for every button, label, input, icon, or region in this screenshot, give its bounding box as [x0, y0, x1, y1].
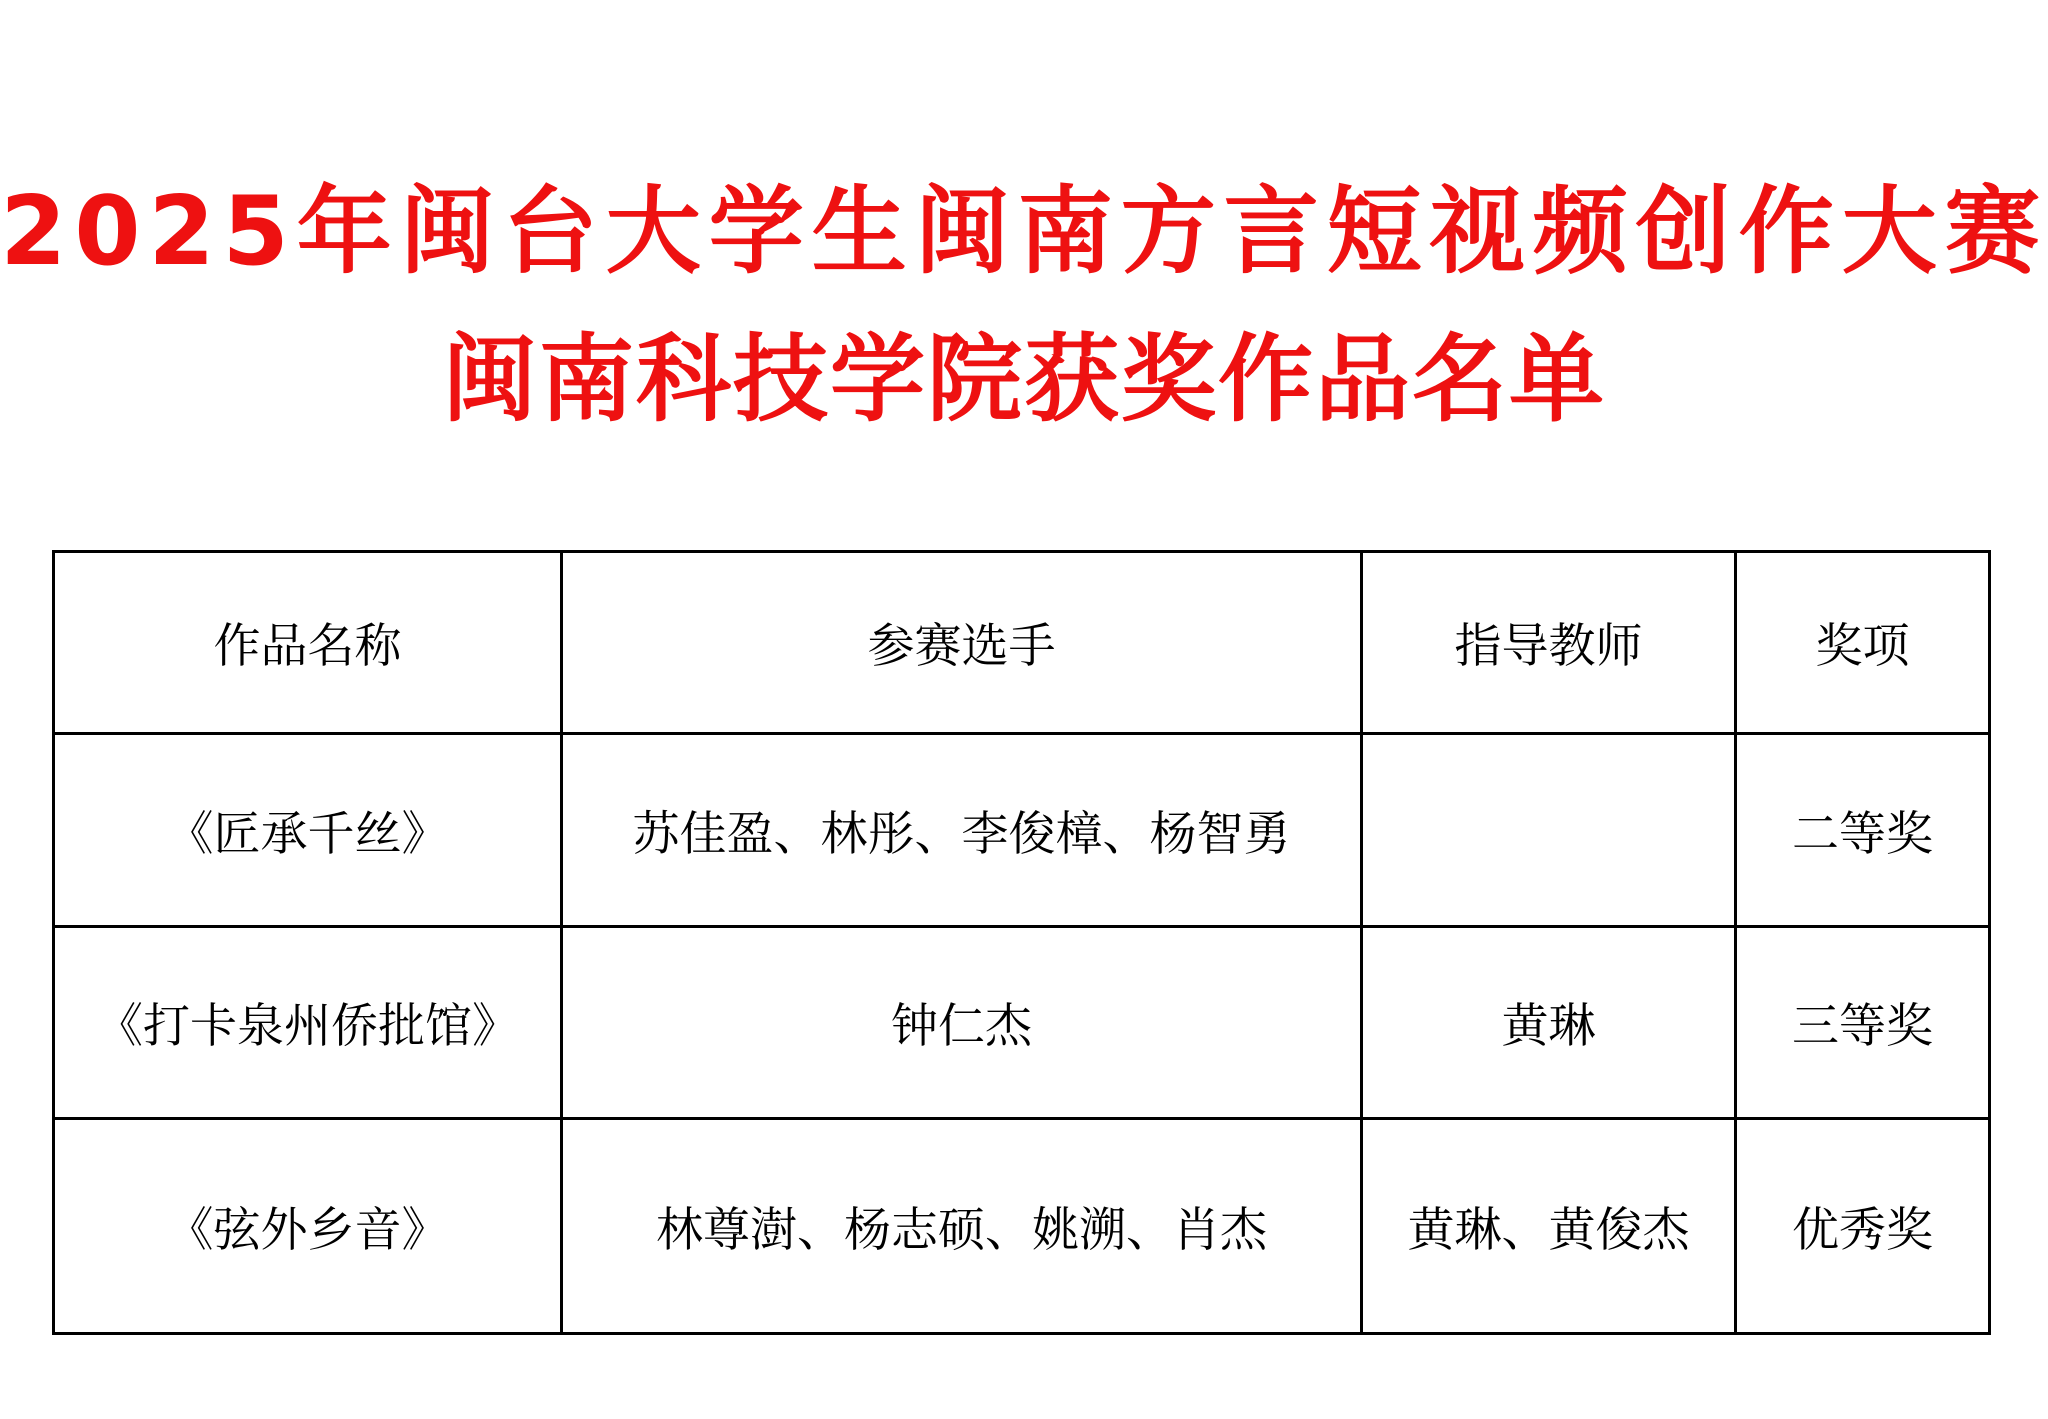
table-header-row: 作品名称 参赛选手 指导教师 奖项: [54, 552, 1990, 734]
document-page: 2025年闽台大学生闽南方言短视频创作大赛 闽南科技学院获奖作品名单 作品名称 …: [0, 0, 2048, 1419]
title-line-1: 2025年闽台大学生闽南方言短视频创作大赛: [0, 158, 2048, 306]
header-work-title: 作品名称: [54, 552, 562, 734]
header-teacher: 指导教师: [1362, 552, 1736, 734]
contestants-cell: 林尊澍、杨志硕、姚溯、肖杰: [562, 1119, 1362, 1334]
award-cell: 优秀奖: [1736, 1119, 1990, 1334]
table-row: 《弦外乡音》 林尊澍、杨志硕、姚溯、肖杰 黄琳、黄俊杰 优秀奖: [54, 1119, 1990, 1334]
teacher-cell: 黄琳: [1362, 927, 1736, 1119]
work-title-cell: 《弦外乡音》: [54, 1119, 562, 1334]
header-contestants: 参赛选手: [562, 552, 1362, 734]
award-cell: 三等奖: [1736, 927, 1990, 1119]
work-title-cell: 《匠承千丝》: [54, 734, 562, 927]
page-title: 2025年闽台大学生闽南方言短视频创作大赛 闽南科技学院获奖作品名单: [0, 0, 2048, 454]
header-award: 奖项: [1736, 552, 1990, 734]
table-row: 《打卡泉州侨批馆》 钟仁杰 黄琳 三等奖: [54, 927, 1990, 1119]
teacher-cell: 黄琳、黄俊杰: [1362, 1119, 1736, 1334]
contestants-cell: 苏佳盈、林彤、李俊樟、杨智勇: [562, 734, 1362, 927]
work-title-cell: 《打卡泉州侨批馆》: [54, 927, 562, 1119]
contestants-cell: 钟仁杰: [562, 927, 1362, 1119]
awards-table: 作品名称 参赛选手 指导教师 奖项 《匠承千丝》 苏佳盈、林彤、李俊樟、杨智勇 …: [52, 550, 1991, 1335]
title-line-2: 闽南科技学院获奖作品名单: [0, 306, 2048, 454]
table-row: 《匠承千丝》 苏佳盈、林彤、李俊樟、杨智勇 二等奖: [54, 734, 1990, 927]
teacher-cell: [1362, 734, 1736, 927]
award-cell: 二等奖: [1736, 734, 1990, 927]
